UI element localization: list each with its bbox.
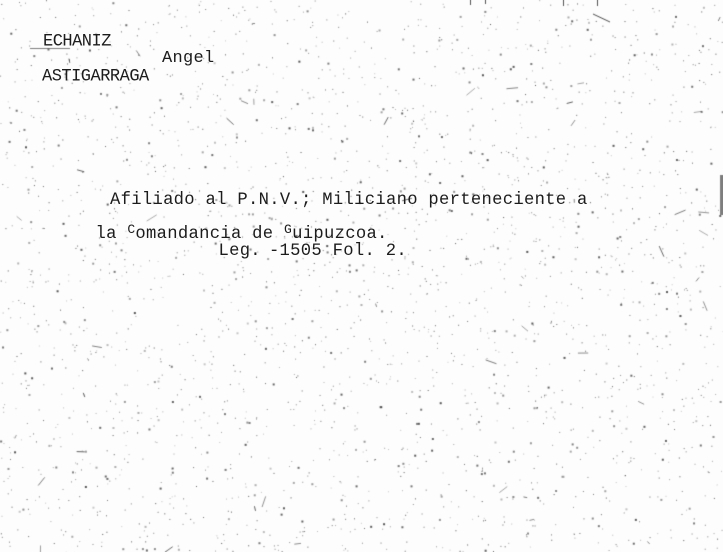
folio-reference: Fol. 2.: [333, 242, 407, 261]
second-surname: ASTIGARRAGA: [42, 68, 149, 86]
given-name: Angel: [162, 50, 215, 67]
archive-index-card: ECHANIZ Angel ASTIGARRAGA Afiliado al P.…: [0, 0, 723, 552]
raised-letter-c: C: [127, 222, 135, 237]
reference-line: Leg.-1505 Fol. 2.: [176, 226, 407, 278]
legajo-number: -1505: [269, 242, 322, 261]
legajo-label: Leg.: [218, 242, 260, 261]
affiliation-line: Afiliado al P.N.V.; Miliciano pertenecie…: [110, 192, 588, 209]
first-surname: ECHANIZ: [43, 33, 111, 51]
command-line-prefix: la: [95, 225, 127, 244]
